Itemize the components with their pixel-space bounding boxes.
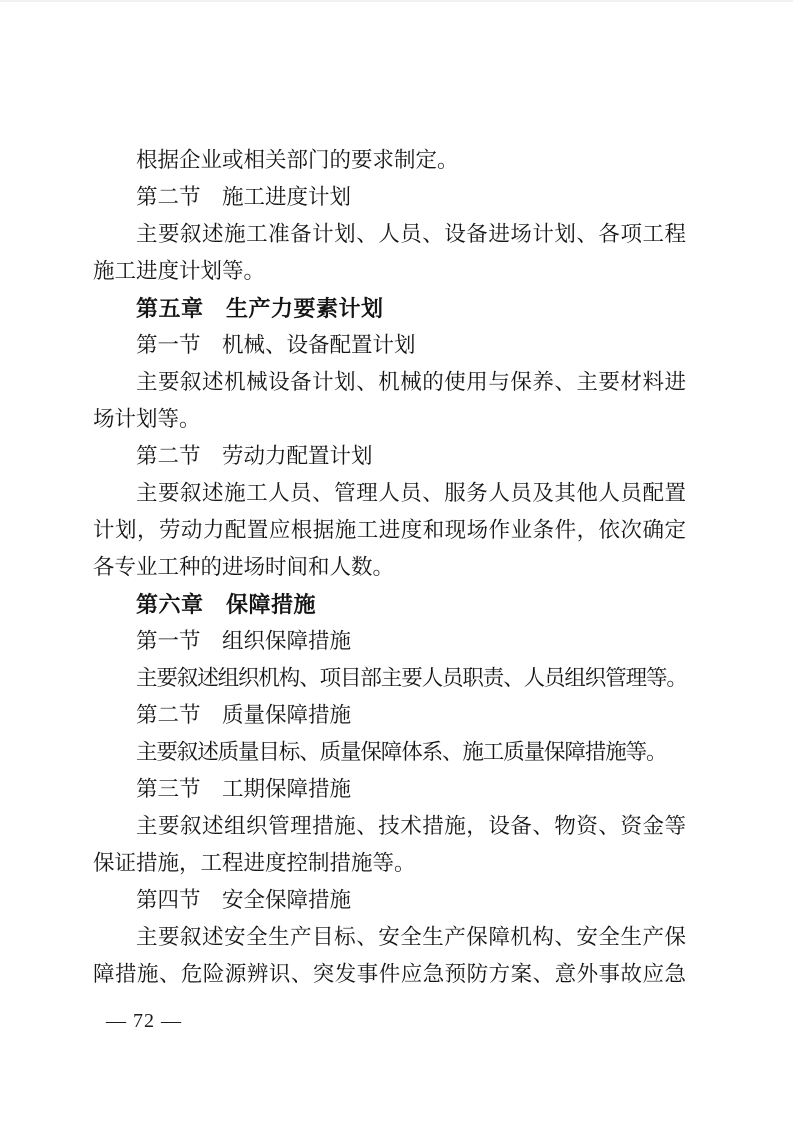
body-paragraph: 主要叙述施工人员、管理人员、服务人员及其他人员配置计划，劳动力配置应根据施工进度… <box>93 475 686 586</box>
text-line: 障措施、危险源辨识、突发事件应急预防方案、意外事故应急 <box>93 956 686 993</box>
text-line: 主要叙述组织机构、项目部主要人员职责、人员组织管理等。 <box>93 660 686 697</box>
text-line: 各专业工种的进场时间和人数。 <box>93 549 686 586</box>
text-line: 根据企业或相关部门的要求制定。 <box>93 142 686 179</box>
text-line: 场计划等。 <box>93 401 686 438</box>
text-line: 第一节 机械、设备配置计划 <box>93 327 686 364</box>
text-line: 第二节 施工进度计划 <box>93 179 686 216</box>
body-paragraph: 主要叙述质量目标、质量保障体系、施工质量保障措施等。 <box>93 734 686 771</box>
chapter-heading: 第五章 生产力要素计划 <box>93 290 686 327</box>
text-line: 主要叙述组织管理措施、技术措施，设备、物资、资金等 <box>93 808 686 845</box>
page-number: — 72 — <box>106 1010 182 1032</box>
body-paragraph: 主要叙述施工准备计划、人员、设备进场计划、各项工程施工进度计划等。 <box>93 216 686 290</box>
text-line: 计划，劳动力配置应根据施工进度和现场作业条件，依次确定 <box>93 512 686 549</box>
body-paragraph: 主要叙述机械设备计划、机械的使用与保养、主要材料进场计划等。 <box>93 364 686 438</box>
text-line: 主要叙述机械设备计划、机械的使用与保养、主要材料进 <box>93 364 686 401</box>
page-footer: — 72 — <box>106 1008 182 1034</box>
text-line: 第一节 组织保障措施 <box>93 623 686 660</box>
text-line: 保证措施，工程进度控制措施等。 <box>93 845 686 882</box>
body-paragraph: 主要叙述组织管理措施、技术措施，设备、物资、资金等保证措施，工程进度控制措施等。 <box>93 808 686 882</box>
text-line: 主要叙述施工准备计划、人员、设备进场计划、各项工程 <box>93 216 686 253</box>
document-page: 根据企业或相关部门的要求制定。第二节 施工进度计划主要叙述施工准备计划、人员、设… <box>0 0 793 1122</box>
text-line: 主要叙述施工人员、管理人员、服务人员及其他人员配置 <box>93 475 686 512</box>
text-line: 施工进度计划等。 <box>93 253 686 290</box>
text-line: 主要叙述安全生产目标、安全生产保障机构、安全生产保 <box>93 919 686 956</box>
text-line: 第二节 劳动力配置计划 <box>93 438 686 475</box>
text-line: 第二节 质量保障措施 <box>93 697 686 734</box>
body-paragraph: 根据企业或相关部门的要求制定。 <box>93 142 686 179</box>
section-heading: 第四节 安全保障措施 <box>93 882 686 919</box>
text-line: 主要叙述质量目标、质量保障体系、施工质量保障措施等。 <box>93 734 686 771</box>
section-heading: 第二节 质量保障措施 <box>93 697 686 734</box>
chapter-heading: 第六章 保障措施 <box>93 586 686 623</box>
section-heading: 第三节 工期保障措施 <box>93 771 686 808</box>
section-heading: 第一节 机械、设备配置计划 <box>93 327 686 364</box>
text-line: 第五章 生产力要素计划 <box>93 290 686 327</box>
section-heading: 第二节 施工进度计划 <box>93 179 686 216</box>
section-heading: 第一节 组织保障措施 <box>93 623 686 660</box>
text-line: 第三节 工期保障措施 <box>93 771 686 808</box>
section-heading: 第二节 劳动力配置计划 <box>93 438 686 475</box>
body-paragraph: 主要叙述组织机构、项目部主要人员职责、人员组织管理等。 <box>93 660 686 697</box>
document-body: 根据企业或相关部门的要求制定。第二节 施工进度计划主要叙述施工准备计划、人员、设… <box>93 142 686 993</box>
body-paragraph: 主要叙述安全生产目标、安全生产保障机构、安全生产保障措施、危险源辨识、突发事件应… <box>93 919 686 993</box>
text-line: 第四节 安全保障措施 <box>93 882 686 919</box>
text-line: 第六章 保障措施 <box>93 586 686 623</box>
